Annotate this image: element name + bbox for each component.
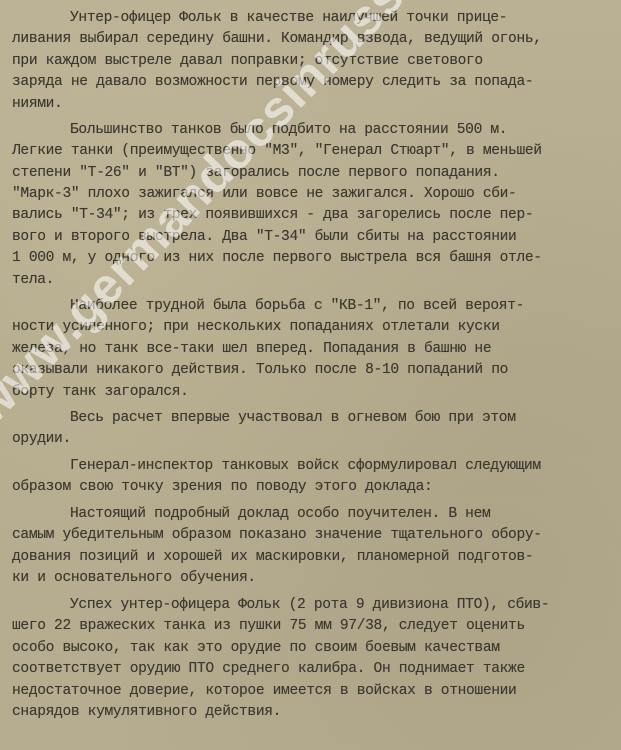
text-line: ности усиленного; при нескольких попадан… [12, 318, 500, 336]
text-line: соответствует орудию ПТО среднего калибр… [12, 660, 525, 678]
text-line: вого и второго выстрела. Два "Т-34" были… [12, 228, 516, 246]
text-line: недостаточное доверие, которое имеется в… [12, 682, 516, 700]
text-line: борту танк загорался. [12, 383, 189, 401]
text-line: ниями. [12, 95, 62, 113]
text-line: шего 22 вражеских танка из пушки 75 мм 9… [12, 617, 525, 635]
text-line: орудии. [12, 430, 71, 448]
text-line: железа, но танк все-таки шел вперед. Поп… [12, 340, 491, 358]
text-line: Настоящий подробный доклад особо поучите… [70, 505, 490, 523]
text-line: Успех унтер-офицера Фольк (2 рота 9 диви… [70, 596, 549, 614]
text-line: дования позиций и хорошей их маскировки,… [12, 548, 533, 566]
text-line: самым убедительным образом показано знач… [12, 526, 542, 544]
text-line: "Марк-3" плохо зажигался или вовсе не за… [12, 185, 516, 203]
text-line: Большинство танков было подбито на расст… [70, 121, 507, 139]
document-page: Унтер-офицер Фольк в качестве наилучшей … [0, 0, 621, 750]
text-line: тела. [12, 271, 54, 289]
text-line: степени "Т-26" и "ВТ") загорались после … [12, 164, 500, 182]
text-line: Легкие танки (преимущественно "М3", "Ген… [12, 142, 542, 160]
text-line: ливания выбирал середину башни. Командир… [12, 30, 542, 48]
text-line: особо высоко, так как это орудие по свои… [12, 639, 500, 657]
text-line: снарядов кумулятивного действия. [12, 703, 281, 721]
text-line: при каждом выстреле давал поправки; отсу… [12, 52, 483, 70]
text-line: образом свою точку зрения по поводу этог… [12, 478, 432, 496]
text-line: ки и основательного обучения. [12, 569, 256, 587]
text-line: Унтер-офицер Фольк в качестве наилучшей … [70, 9, 507, 27]
text-line: оказывали никакого действия. Только посл… [12, 361, 508, 379]
text-line: вались "Т-34"; из трех появившихся - два… [12, 206, 533, 224]
text-line: Наиболее трудной была борьба с "КВ-1", п… [70, 297, 524, 315]
text-line: Весь расчет впервые участвовал в огневом… [70, 409, 516, 427]
text-line: 1 000 м, у одного из них после первого в… [12, 249, 542, 267]
text-line: заряда не давало возможности первому ном… [12, 73, 533, 91]
text-line: Генерал-инспектор танковых войск сформул… [70, 457, 541, 475]
